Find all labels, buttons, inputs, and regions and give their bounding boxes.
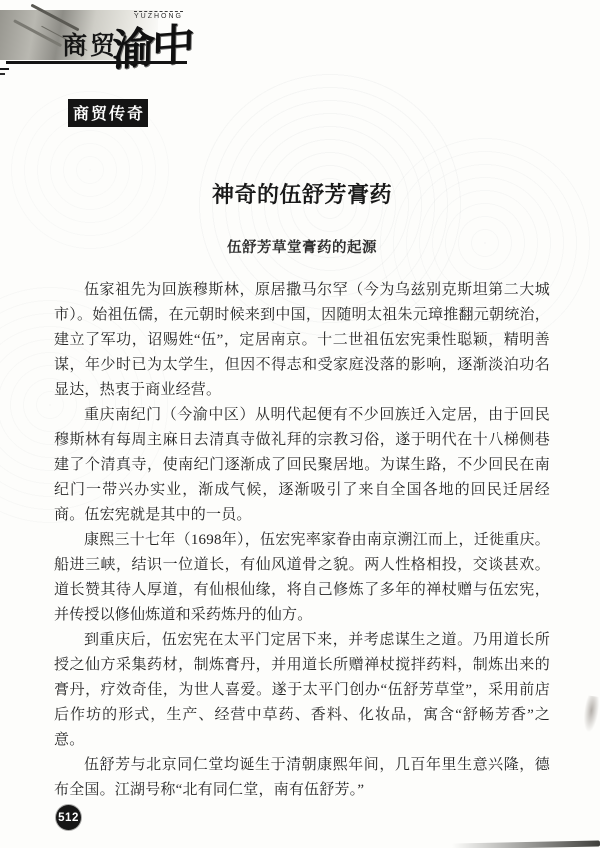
- article-title: 神奇的伍舒芳膏药: [54, 178, 550, 209]
- paragraph: 到重庆后，伍宏宪在太平门定居下来，并考虑谋生之道。乃用道长所授之仙方采集药材，制…: [54, 628, 550, 753]
- paragraph: 重庆南纪门（今渝中区）从明代起便有不少回族迁入定居，由于回民穆斯林有每周主麻日去…: [54, 403, 550, 528]
- section-badge: 商贸传奇: [68, 99, 148, 127]
- article-body: 伍家祖先为回族穆斯林，原居撒马尔罕（今为乌兹别克斯坦第二大城市）。始祖伍儒，在元…: [54, 278, 550, 803]
- scan-edge-mark: [0, 68, 9, 70]
- scan-edge-shadow: [452, 840, 600, 848]
- paragraph: 伍舒芳与北京同仁堂均诞生于清朝康熙年间，几百年里生意兴隆，德布全国。江湖号称“北…: [54, 753, 550, 803]
- scanned-book-page: 商贸 YUZHONG 渝中 商贸传奇 神奇的伍舒芳膏药 伍舒芳草堂膏药的起源 伍…: [0, 0, 600, 848]
- scan-edge-mark: [0, 73, 5, 75]
- logo-calligraphy: 渝中: [112, 10, 193, 78]
- paragraph: 康熙三十七年（1698年），伍宏宪率家眷由南京溯江而上，迁徙重庆。船进三峡，结识…: [54, 528, 550, 628]
- paragraph: 伍家祖先为回族穆斯林，原居撒马尔罕（今为乌兹别克斯坦第二大城市）。始祖伍儒，在元…: [54, 278, 550, 403]
- header-rule: [6, 61, 187, 64]
- article-subtitle: 伍舒芳草堂膏药的起源: [54, 236, 550, 257]
- page-number-badge: 512: [56, 805, 81, 830]
- masthead-title: 商贸: [62, 26, 118, 62]
- article: 神奇的伍舒芳膏药 伍舒芳草堂膏药的起源 伍家祖先为回族穆斯林，原居撒马尔罕（今为…: [54, 178, 550, 803]
- page-number: 512: [58, 812, 79, 824]
- ink-smudge: [582, 695, 600, 733]
